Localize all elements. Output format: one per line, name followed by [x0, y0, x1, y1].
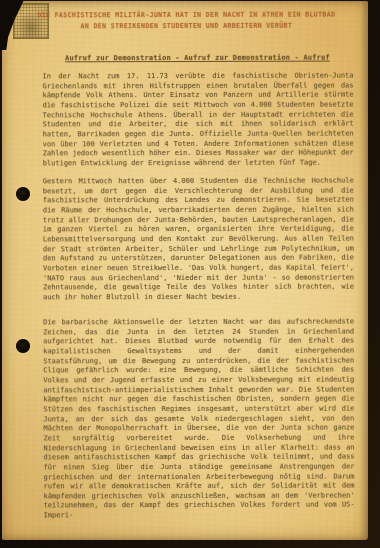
typed-content: DIE FASCHISTISCHE MILITÄR-JUNTA HAT IN D…: [1, 1, 368, 541]
scanned-leaflet-photo: { "document": { "header": { "line1": "DI…: [0, 0, 380, 548]
page-title: Aufruf zur Demonstration - Aufruf zur De…: [41, 54, 353, 63]
paragraph: Die barbarische Aktionswelle der letzten…: [43, 318, 355, 522]
paragraph: In der Nacht zum 17. 11.73 verübte die f…: [42, 72, 353, 169]
leaflet-page: DIE FASCHISTISCHE MILITÄR-JUNTA HAT IN D…: [2, 1, 368, 540]
header-line-2: AN DEN STREIKENDEN STUDENTEN UND ARBEITE…: [21, 21, 351, 32]
header-line-1: DIE FASCHISTISCHE MILITÄR-JUNTA HAT IN D…: [21, 10, 351, 21]
paragraph: Gestern Mittwoch hatten über 4.000 Stude…: [43, 177, 354, 303]
